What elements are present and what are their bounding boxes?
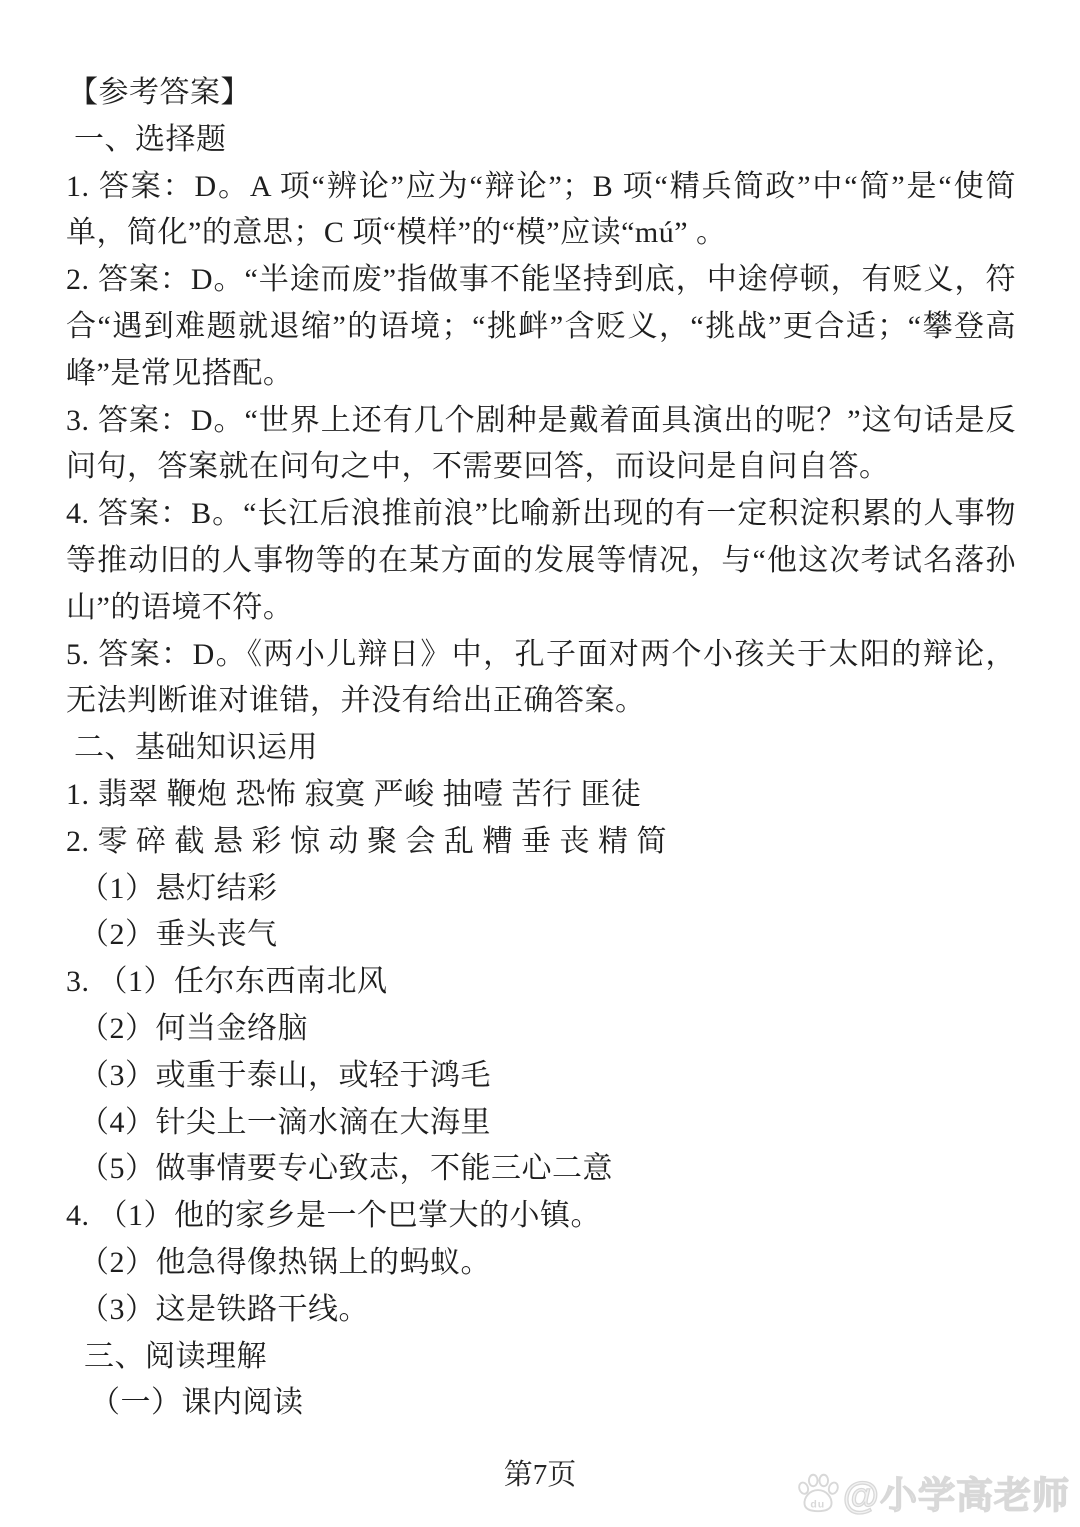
section-heading: 二、基础知识运用 bbox=[66, 725, 1016, 772]
section-heading: 一、选择题 bbox=[66, 117, 1016, 164]
answer-item: 2. 零 碎 截 悬 彩 惊 动 聚 会 乱 糟 垂 丧 精 简 bbox=[66, 819, 1016, 866]
section-heading: 三、阅读理解 bbox=[66, 1334, 1016, 1381]
document-page: 【参考答案】一、选择题1. 答案：D。A 项“辨论”应为“辩论”；B 项“精兵简… bbox=[0, 0, 1080, 1527]
answer-sub-item: （4）针尖上一滴水滴在大海里 bbox=[66, 1100, 1016, 1147]
answer-item: 2. 答案：D。“半途而废”指做事不能坚持到底，中途停顿，有贬义，符合“遇到难题… bbox=[66, 257, 1016, 397]
answer-sub-item: （2）他急得像热锅上的蚂蚁。 bbox=[66, 1240, 1016, 1287]
answer-item: 3. 答案：D。“世界上还有几个剧种是戴着面具演出的呢？”这句话是反问句，答案就… bbox=[66, 398, 1016, 492]
paw-icon: du bbox=[795, 1469, 841, 1515]
answer-item: 1. 答案：D。A 项“辨论”应为“辩论”；B 项“精兵简政”中“简”是“使简单… bbox=[66, 164, 1016, 258]
answer-sub-item: （1）悬灯结彩 bbox=[66, 866, 1016, 913]
answer-item: 4. （1）他的家乡是一个巴掌大的小镇。 bbox=[66, 1193, 1016, 1240]
answer-item: 4. 答案：B。“长江后浪推前浪”比喻新出现的有一定积淀积累的人事物等推动旧的人… bbox=[66, 491, 1016, 631]
answers-content: 【参考答案】一、选择题1. 答案：D。A 项“辨论”应为“辩论”；B 项“精兵简… bbox=[66, 70, 1016, 1427]
answer-item: 5. 答案：D。《两小儿辩日》中，孔子面对两个小孩关于太阳的辩论，无法判断谁对谁… bbox=[66, 632, 1016, 726]
answer-item: 1. 翡翠 鞭炮 恐怖 寂寞 严峻 抽噎 苦行 匪徒 bbox=[66, 772, 1016, 819]
paw-du-label: du bbox=[810, 1498, 825, 1510]
answer-sub-item: （3）这是铁路干线。 bbox=[66, 1287, 1016, 1334]
answer-sub-item: （2）何当金络脑 bbox=[66, 1006, 1016, 1053]
watermark-handle: @小学高老师 bbox=[843, 1465, 1070, 1519]
answer-sub-item: （5）做事情要专心致志，不能三心二意 bbox=[66, 1146, 1016, 1193]
answers-title: 【参考答案】 bbox=[66, 70, 1016, 117]
answer-sub-item: （2）垂头丧气 bbox=[66, 912, 1016, 959]
watermark: du @小学高老师 bbox=[795, 1465, 1070, 1519]
answer-item: 3. （1）任尔东西南北风 bbox=[66, 959, 1016, 1006]
answer-sub-item: （3）或重于泰山，或轻于鸿毛 bbox=[66, 1053, 1016, 1100]
answer-sub-item: （一）课内阅读 bbox=[66, 1380, 1016, 1427]
